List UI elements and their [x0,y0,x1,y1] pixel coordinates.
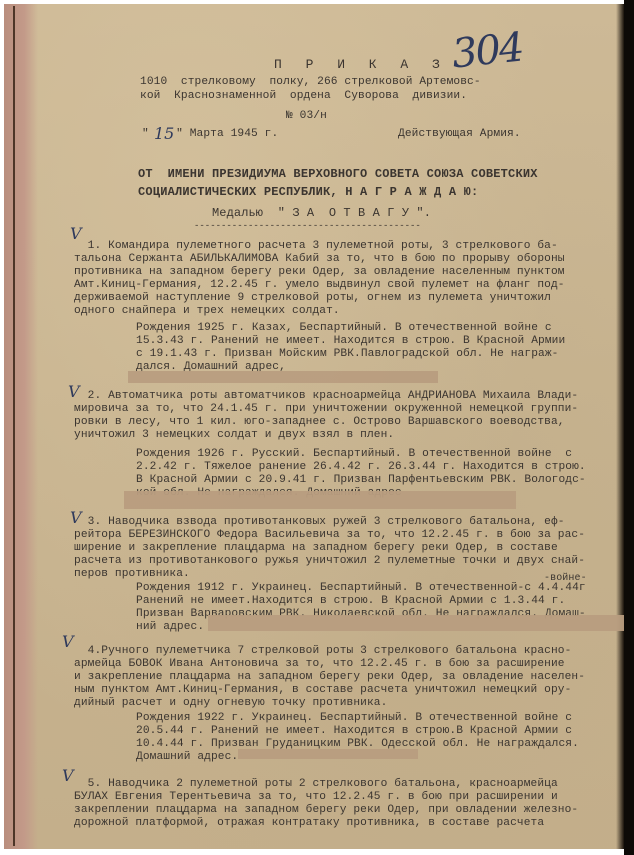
award-underline: ----------------------------------------… [194,221,421,231]
order-number: № 03/н [286,110,327,123]
entry-3-citation-line-1: 3. Наводчика взвода противотанковых руже… [74,516,565,529]
entry-1-citation-line-5: держиваемой наступление 9 стрелковой рот… [74,292,551,305]
location: Действующая Армия. [398,128,521,141]
entry-2-citation-line-4: уничтожил 3 немецких солдат и двух взял … [74,429,394,442]
entry-4-bio-line-4: Домашний адрес. [136,751,238,764]
archival-document-page: 304 П Р И К А З 1010 стрелковому полку, … [4,4,624,849]
entry-4-bio-line-1: Рождения 1922 г. Украинец. Беспартийный.… [136,712,572,725]
entry-2-bio-line-1: Рождения 1926 г. Русский. Беспартийный. … [136,448,572,461]
entry-2-bio-line-3: В Красной Армии с 20.9.41 г. Призван Пар… [136,474,586,487]
page-edge-stain [4,4,38,849]
entry-4-citation-line-5: дийный расчет и одну огневую точку проти… [74,697,387,710]
entry-3-bio-line-2: Ранений не имеет.Находится в строю. В Кр… [136,595,565,608]
entry-4-citation-line-2: армейца БОВОК Ивана Антоновича за то, чт… [74,658,565,671]
entry-4-citation-line-3: и закрепление плацдарма на западном бере… [74,671,585,684]
header-line-2: кой Краснознаменной ордена Суворова диви… [140,90,467,103]
handwritten-day: 15 [154,124,174,143]
entry-1-bio-line-1: Рождения 1925 г. Казах, Беспартийный. В … [136,322,552,335]
redacted-address [128,371,438,383]
entry-3-bio-line-1: Рождения 1912 г. Украинец. Беспартийный.… [136,582,586,595]
scan-border [624,0,634,855]
binding-edge [13,6,15,846]
entry-2-citation-line-2: мировича за то, что 24.1.45 г. при уничт… [74,403,578,416]
entry-3-citation-line-5: перов противника. [74,568,190,581]
entry-3-citation-line-2: рейтора БЕРЕЗИНСКОГО Федора Васильевича … [74,529,585,542]
entry-1-citation-line-4: Амт.Киниц-Германия, 12.2.45 г. умело выд… [74,279,565,292]
entry-1-citation-line-1: 1. Командира пулеметного расчета 3 пулем… [74,240,558,253]
entry-2-citation-line-3: ровки в лесу, что 1 кил. юго-западнее с.… [74,416,565,429]
entry-5-citation-line-2: БУЛАХ Евгения Терентьевича за то, что 12… [74,791,558,804]
entry-4-bio-line-2: 20.5.44 г. Ранений не имеет. Находится в… [136,725,572,738]
entry-5-citation-line-1: 5. Наводчика 2 пулеметной роты 2 стрелко… [74,778,558,791]
page-shadow [616,4,624,849]
check-mark: V [62,632,74,651]
preamble-line-2: СОЦИАЛИСТИЧЕСКИХ РЕСПУБЛИК, Н А Г Р А Ж … [138,186,478,199]
entry-1-citation-line-3: противника на западном берегу реки Одер,… [74,266,565,279]
entry-2-bio-line-2: 2.2.42 г. Тяжелое ранение 26.4.42 г. 26.… [136,461,586,474]
entry-3-citation-line-4: расчета из противотанкового ружья уничто… [74,555,585,568]
entry-5-citation-line-3: закреплении плацдарма на западном берегу… [74,804,578,817]
entry-3-citation-line-3: ширение и закрепление плацдарма на запад… [74,542,558,555]
award-title: Медалью " З А О Т В А Г У ". [212,207,431,220]
entry-1-citation-line-2: тальона Сержанта АБИЛЬКАЛИМОВА Кабий за … [74,253,565,266]
entry-4-citation-line-4: ным пунктом Амт.Киниц-Германия, в состав… [74,684,571,697]
check-mark: V [62,766,74,785]
entry-3-bio-line-4: ний адрес. [136,621,204,634]
entry-2-citation-line-1: 2. Автоматчика роты автоматчиков красноа… [74,390,578,403]
redacted-address [208,615,624,631]
handwritten-number: 304 [450,24,525,77]
entry-4-citation-line-1: 4.Ручного пулеметчика 7 стрелковой роты … [74,645,571,658]
preamble-line-1: ОТ ИМЕНИ ПРЕЗИДИУМА ВЕРХОВНОГО СОВЕТА СО… [138,168,538,181]
entry-1-bio-line-3: с 19.1.43 г. Призван Мойским РВК.Павлогр… [136,348,558,361]
header-line-1: 1010 стрелковому полку, 266 стрелковой А… [140,76,481,89]
redacted-address [124,491,516,509]
entry-1-citation-line-6: одного снайпера и трех немецких солдат. [74,305,340,318]
document-title: П Р И К А З [274,58,448,71]
redacted-address [238,749,418,759]
entry-1-bio-line-2: 15.3.43 г. Ранений не имеет. Находится в… [136,335,565,348]
entry-5-citation-line-4: дорожной платформой, отражая контратаку … [74,817,544,830]
